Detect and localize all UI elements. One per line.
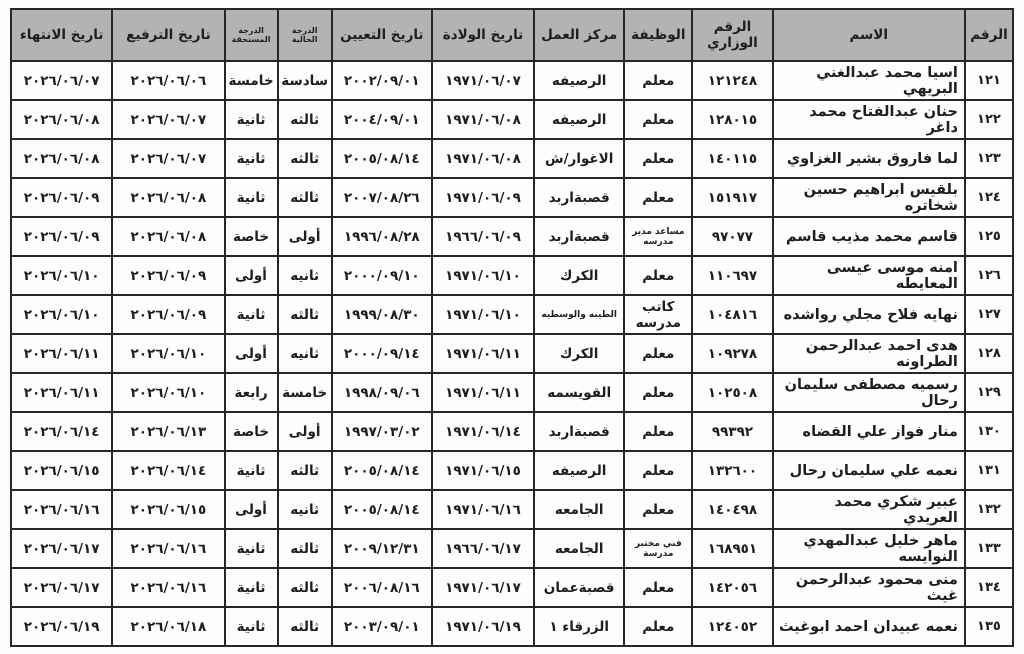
cell-work_center: الجامعه — [534, 529, 624, 568]
cell-expiry_date: ٢٠٢٦/٠٦/١٧ — [11, 568, 112, 607]
cell-expiry_date: ٢٠٢٦/٠٦/٠٨ — [11, 139, 112, 178]
cell-expiry_date: ٢٠٢٦/٠٦/١٥ — [11, 451, 112, 490]
cell-promotion_date: ٢٠٢٦/٠٦/٠٨ — [112, 217, 224, 256]
cell-birth_date: ١٩٦٦/٠٦/٠٩ — [432, 217, 534, 256]
cell-job: معلم — [624, 256, 692, 295]
cell-ministry_no: ١٤٠١١٥ — [692, 139, 772, 178]
cell-current_grade: أولى — [278, 412, 332, 451]
cell-current_grade: ثانيه — [278, 334, 332, 373]
cell-birth_date: ١٩٧١/٠٦/١٤ — [432, 412, 534, 451]
cell-name: قاسم محمد مذيب قاسم — [773, 217, 965, 256]
cell-due_grade: ثانية — [225, 607, 278, 646]
cell-appointment_date: ١٩٩٦/٠٨/٢٨ — [332, 217, 432, 256]
cell-promotion_date: ٢٠٢٦/٠٦/١٣ — [112, 412, 224, 451]
cell-job: معلم — [624, 490, 692, 529]
cell-current_grade: ثالثه — [278, 607, 332, 646]
cell-due_grade: ثانية — [225, 451, 278, 490]
cell-num: ١٣٥ — [965, 607, 1013, 646]
cell-work_center: قصبةاربد — [534, 217, 624, 256]
cell-num: ١٣٤ — [965, 568, 1013, 607]
cell-job: معلم — [624, 412, 692, 451]
table-row: ١٣٣ماهر خليل عبدالمهدي النوايسه١٦٨٩٥١فني… — [11, 529, 1013, 568]
cell-name: بلقيس ابراهيم حسين شخاتره — [773, 178, 965, 217]
cell-current_grade: ثالثه — [278, 295, 332, 334]
cell-work_center: الجامعه — [534, 490, 624, 529]
cell-job: معلم — [624, 373, 692, 412]
cell-num: ١٢٥ — [965, 217, 1013, 256]
cell-due_grade: ثانية — [225, 100, 278, 139]
cell-name: نعمه علي سليمان رحال — [773, 451, 965, 490]
cell-num: ١٢٩ — [965, 373, 1013, 412]
cell-due_grade: خاصة — [225, 217, 278, 256]
cell-ministry_no: ١٠٩٢٧٨ — [692, 334, 772, 373]
cell-birth_date: ١٩٧١/٠٦/١٥ — [432, 451, 534, 490]
cell-work_center: قصبةاربد — [534, 178, 624, 217]
cell-ministry_no: ١٦٨٩٥١ — [692, 529, 772, 568]
column-header-current_grade: الدرجة الحالية — [278, 9, 332, 61]
cell-ministry_no: ٩٧٠٧٧ — [692, 217, 772, 256]
cell-work_center: الطيبه والوسطيه — [534, 295, 624, 334]
cell-name: عبير شكري محمد العريدي — [773, 490, 965, 529]
table-row: ١٢١اسيا محمد عبدالغني البريهي١٢١٢٤٨معلما… — [11, 61, 1013, 100]
cell-promotion_date: ٢٠٢٦/٠٦/١٦ — [112, 568, 224, 607]
cell-job: معلم — [624, 607, 692, 646]
cell-ministry_no: ١٢٤٠٥٢ — [692, 607, 772, 646]
cell-expiry_date: ٢٠٢٦/٠٦/١٩ — [11, 607, 112, 646]
cell-current_grade: خامسة — [278, 373, 332, 412]
cell-appointment_date: ٢٠٠٢/٠٩/٠١ — [332, 61, 432, 100]
cell-num: ١٢٨ — [965, 334, 1013, 373]
cell-current_grade: سادسة — [278, 61, 332, 100]
column-header-num: الرقم — [965, 9, 1013, 61]
cell-current_grade: ثالثه — [278, 100, 332, 139]
cell-birth_date: ١٩٧١/٠٦/٠٩ — [432, 178, 534, 217]
table-row: ١٢٤بلقيس ابراهيم حسين شخاتره١٥١٩١٧معلمقص… — [11, 178, 1013, 217]
cell-name: نهايه فلاح مجلي رواشده — [773, 295, 965, 334]
cell-ministry_no: ١١٠٦٩٧ — [692, 256, 772, 295]
cell-promotion_date: ٢٠٢٦/٠٦/٠٨ — [112, 178, 224, 217]
table-row: ١٢٨هدى احمد عبدالرحمن الطراونه١٠٩٢٧٨معلم… — [11, 334, 1013, 373]
cell-num: ١٢٣ — [965, 139, 1013, 178]
cell-ministry_no: ١٠٢٥٠٨ — [692, 373, 772, 412]
column-header-due_grade: الدرجة المستحقة — [225, 9, 278, 61]
cell-num: ١٢٢ — [965, 100, 1013, 139]
cell-promotion_date: ٢٠٢٦/٠٦/١٠ — [112, 373, 224, 412]
table-row: ١٢٧نهايه فلاح مجلي رواشده١٠٤٨١٦كاتب مدرس… — [11, 295, 1013, 334]
cell-job: معلم — [624, 568, 692, 607]
column-header-ministry_no: الرقم الوزاري — [692, 9, 772, 61]
cell-appointment_date: ٢٠٠٧/٠٨/٢٦ — [332, 178, 432, 217]
cell-current_grade: ثالثه — [278, 451, 332, 490]
cell-ministry_no: ١٢١٢٤٨ — [692, 61, 772, 100]
column-header-job: الوظيفة — [624, 9, 692, 61]
cell-name: منار فواز علي القضاه — [773, 412, 965, 451]
cell-ministry_no: ١٤٢٠٥٦ — [692, 568, 772, 607]
cell-ministry_no: ١٣٢٦٠٠ — [692, 451, 772, 490]
cell-due_grade: ثانية — [225, 568, 278, 607]
cell-due_grade: ثانية — [225, 529, 278, 568]
cell-current_grade: ثالثه — [278, 529, 332, 568]
cell-appointment_date: ٢٠٠٠/٠٩/١٤ — [332, 334, 432, 373]
column-header-work_center: مركز العمل — [534, 9, 624, 61]
column-header-birth_date: تاريخ الولادة — [432, 9, 534, 61]
cell-work_center: الرصيفه — [534, 61, 624, 100]
cell-due_grade: خامسة — [225, 61, 278, 100]
cell-birth_date: ١٩٦٦/٠٦/١٧ — [432, 529, 534, 568]
cell-work_center: قصبةاربد — [534, 412, 624, 451]
cell-ministry_no: ١٢٨٠١٥ — [692, 100, 772, 139]
cell-num: ١٣٢ — [965, 490, 1013, 529]
cell-appointment_date: ٢٠٠٣/٠٩/٠١ — [332, 607, 432, 646]
cell-due_grade: ثانية — [225, 295, 278, 334]
scanned-document-page: الرقمالاسمالرقم الوزاريالوظيفةمركز العمل… — [0, 0, 1024, 654]
cell-job: كاتب مدرسه — [624, 295, 692, 334]
cell-promotion_date: ٢٠٢٦/٠٦/١٦ — [112, 529, 224, 568]
cell-work_center: الكرك — [534, 256, 624, 295]
cell-job: فني مختبر مدرسة — [624, 529, 692, 568]
cell-appointment_date: ١٩٩٩/٠٨/٣٠ — [332, 295, 432, 334]
cell-expiry_date: ٢٠٢٦/٠٦/٠٩ — [11, 217, 112, 256]
cell-job: مساعد مدير مدرسه — [624, 217, 692, 256]
cell-ministry_no: ٩٩٣٩٢ — [692, 412, 772, 451]
cell-name: امنه موسى عيسى المعايطه — [773, 256, 965, 295]
header-row: الرقمالاسمالرقم الوزاريالوظيفةمركز العمل… — [11, 9, 1013, 61]
cell-num: ١٢١ — [965, 61, 1013, 100]
cell-birth_date: ١٩٧١/٠٦/١٠ — [432, 256, 534, 295]
cell-promotion_date: ٢٠٢٦/٠٦/١٠ — [112, 334, 224, 373]
cell-ministry_no: ١٠٤٨١٦ — [692, 295, 772, 334]
cell-birth_date: ١٩٧١/٠٦/١٦ — [432, 490, 534, 529]
cell-due_grade: رابعة — [225, 373, 278, 412]
cell-expiry_date: ٢٠٢٦/٠٦/١٦ — [11, 490, 112, 529]
cell-birth_date: ١٩٧١/٠٦/٠٨ — [432, 139, 534, 178]
cell-current_grade: ثالثه — [278, 178, 332, 217]
cell-current_grade: ثالثه — [278, 568, 332, 607]
cell-job: معلم — [624, 139, 692, 178]
column-header-promotion_date: تاريخ الترفيع — [112, 9, 224, 61]
table-row: ١٣١نعمه علي سليمان رحال١٣٢٦٠٠معلمالرصيفه… — [11, 451, 1013, 490]
cell-num: ١٢٧ — [965, 295, 1013, 334]
table-row: ١٣٤منى محمود عبدالرحمن غيث١٤٢٠٥٦معلمقصبة… — [11, 568, 1013, 607]
cell-appointment_date: ١٩٩٧/٠٣/٠٢ — [332, 412, 432, 451]
cell-birth_date: ١٩٧١/٠٦/١٧ — [432, 568, 534, 607]
cell-current_grade: ثانيه — [278, 256, 332, 295]
cell-promotion_date: ٢٠٢٦/٠٦/٠٩ — [112, 295, 224, 334]
cell-appointment_date: ٢٠٠٤/٠٩/٠١ — [332, 100, 432, 139]
cell-num: ١٢٦ — [965, 256, 1013, 295]
cell-appointment_date: ٢٠٠٠/٠٩/١٠ — [332, 256, 432, 295]
cell-name: اسيا محمد عبدالغني البريهي — [773, 61, 965, 100]
cell-work_center: الاغوار/ش — [534, 139, 624, 178]
cell-work_center: الرصيفه — [534, 100, 624, 139]
table-row: ١٢٦امنه موسى عيسى المعايطه١١٠٦٩٧معلمالكر… — [11, 256, 1013, 295]
cell-job: معلم — [624, 61, 692, 100]
cell-promotion_date: ٢٠٢٦/٠٦/١٤ — [112, 451, 224, 490]
cell-due_grade: أولى — [225, 334, 278, 373]
cell-job: معلم — [624, 334, 692, 373]
cell-promotion_date: ٢٠٢٦/٠٦/١٨ — [112, 607, 224, 646]
table-row: ١٢٣لما فاروق بشير الغزاوي١٤٠١١٥معلمالاغو… — [11, 139, 1013, 178]
cell-work_center: القويسمه — [534, 373, 624, 412]
cell-birth_date: ١٩٧١/٠٦/١٠ — [432, 295, 534, 334]
cell-expiry_date: ٢٠٢٦/٠٦/١٧ — [11, 529, 112, 568]
cell-appointment_date: ٢٠٠٥/٠٨/١٤ — [332, 139, 432, 178]
cell-name: لما فاروق بشير الغزاوي — [773, 139, 965, 178]
cell-num: ١٢٤ — [965, 178, 1013, 217]
table-row: ١٢٥قاسم محمد مذيب قاسم٩٧٠٧٧مساعد مدير مد… — [11, 217, 1013, 256]
cell-work_center: قصبةعمان — [534, 568, 624, 607]
cell-ministry_no: ١٤٠٤٩٨ — [692, 490, 772, 529]
table-row: ١٢٢حنان عبدالفتاح محمد داغر١٢٨٠١٥معلمالر… — [11, 100, 1013, 139]
table-row: ١٣٠منار فواز علي القضاه٩٩٣٩٢معلمقصبةاربد… — [11, 412, 1013, 451]
cell-expiry_date: ٢٠٢٦/٠٦/٠٧ — [11, 61, 112, 100]
cell-appointment_date: ٢٠٠٥/٠٨/١٤ — [332, 451, 432, 490]
cell-promotion_date: ٢٠٢٦/٠٦/١٥ — [112, 490, 224, 529]
cell-current_grade: ثانيه — [278, 490, 332, 529]
cell-expiry_date: ٢٠٢٦/٠٦/١٠ — [11, 295, 112, 334]
cell-ministry_no: ١٥١٩١٧ — [692, 178, 772, 217]
cell-work_center: الكرك — [534, 334, 624, 373]
cell-name: منى محمود عبدالرحمن غيث — [773, 568, 965, 607]
cell-due_grade: ثانية — [225, 139, 278, 178]
cell-job: معلم — [624, 451, 692, 490]
cell-due_grade: خاصة — [225, 412, 278, 451]
cell-due_grade: أولى — [225, 490, 278, 529]
cell-job: معلم — [624, 178, 692, 217]
table-row: ١٣٢عبير شكري محمد العريدي١٤٠٤٩٨معلمالجام… — [11, 490, 1013, 529]
cell-expiry_date: ٢٠٢٦/٠٦/١١ — [11, 334, 112, 373]
cell-appointment_date: ٢٠٠٦/٠٨/١٦ — [332, 568, 432, 607]
employee-roster-table: الرقمالاسمالرقم الوزاريالوظيفةمركز العمل… — [10, 8, 1014, 647]
cell-work_center: الرصيفه — [534, 451, 624, 490]
cell-name: رسميه مصطفى سليمان رحال — [773, 373, 965, 412]
table-row: ١٣٥نعمه عبيدان احمد ابوغيث١٢٤٠٥٢معلمالزر… — [11, 607, 1013, 646]
cell-birth_date: ١٩٧١/٠٦/١١ — [432, 334, 534, 373]
cell-expiry_date: ٢٠٢٦/٠٦/٠٩ — [11, 178, 112, 217]
cell-promotion_date: ٢٠٢٦/٠٦/٠٧ — [112, 100, 224, 139]
table-header: الرقمالاسمالرقم الوزاريالوظيفةمركز العمل… — [11, 9, 1013, 61]
cell-birth_date: ١٩٧١/٠٦/٠٧ — [432, 61, 534, 100]
cell-expiry_date: ٢٠٢٦/٠٦/١١ — [11, 373, 112, 412]
cell-current_grade: ثالثه — [278, 139, 332, 178]
cell-num: ١٣١ — [965, 451, 1013, 490]
cell-work_center: الزرقاء ١ — [534, 607, 624, 646]
table-body: ١٢١اسيا محمد عبدالغني البريهي١٢١٢٤٨معلما… — [11, 61, 1013, 646]
cell-appointment_date: ٢٠٠٩/١٢/٣١ — [332, 529, 432, 568]
cell-promotion_date: ٢٠٢٦/٠٦/٠٩ — [112, 256, 224, 295]
cell-expiry_date: ٢٠٢٦/٠٦/١٠ — [11, 256, 112, 295]
cell-name: هدى احمد عبدالرحمن الطراونه — [773, 334, 965, 373]
cell-name: نعمه عبيدان احمد ابوغيث — [773, 607, 965, 646]
cell-num: ١٣٠ — [965, 412, 1013, 451]
cell-due_grade: ثانية — [225, 178, 278, 217]
cell-birth_date: ١٩٧١/٠٦/١١ — [432, 373, 534, 412]
cell-promotion_date: ٢٠٢٦/٠٦/٠٦ — [112, 61, 224, 100]
column-header-name: الاسم — [773, 9, 965, 61]
table-row: ١٢٩رسميه مصطفى سليمان رحال١٠٢٥٠٨معلمالقو… — [11, 373, 1013, 412]
cell-expiry_date: ٢٠٢٦/٠٦/٠٨ — [11, 100, 112, 139]
cell-name: ماهر خليل عبدالمهدي النوايسه — [773, 529, 965, 568]
cell-birth_date: ١٩٧١/٠٦/١٩ — [432, 607, 534, 646]
cell-name: حنان عبدالفتاح محمد داغر — [773, 100, 965, 139]
cell-current_grade: أولى — [278, 217, 332, 256]
cell-expiry_date: ٢٠٢٦/٠٦/١٤ — [11, 412, 112, 451]
cell-num: ١٣٣ — [965, 529, 1013, 568]
cell-promotion_date: ٢٠٢٦/٠٦/٠٧ — [112, 139, 224, 178]
cell-appointment_date: ١٩٩٨/٠٩/٠٦ — [332, 373, 432, 412]
cell-birth_date: ١٩٧١/٠٦/٠٨ — [432, 100, 534, 139]
column-header-expiry_date: تاريخ الانتهاء — [11, 9, 112, 61]
cell-job: معلم — [624, 100, 692, 139]
column-header-appointment_date: تاريخ التعيين — [332, 9, 432, 61]
cell-appointment_date: ٢٠٠٥/٠٨/١٤ — [332, 490, 432, 529]
cell-due_grade: أولى — [225, 256, 278, 295]
